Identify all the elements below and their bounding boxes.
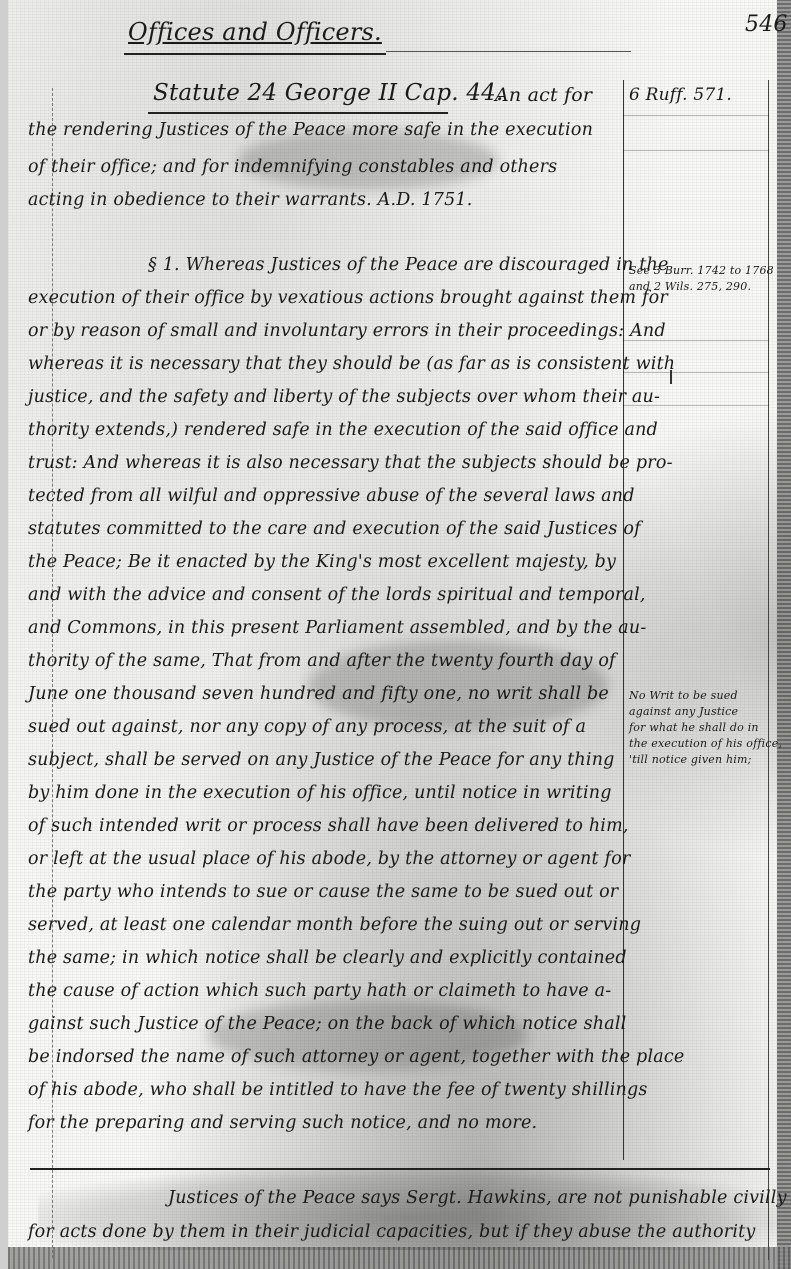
preamble-line: of their office; and for indemnifying co… (28, 157, 557, 177)
section-1-line: or left at the usual place of his abode,… (28, 849, 631, 869)
margin-note-line: for what he shall do in (629, 720, 759, 736)
statute-title: Statute 24 George II Cap. 44. (153, 80, 504, 106)
section-1-line: the cause of action which such party hat… (28, 981, 611, 1001)
section-1-line: subject, shall be served on any Justice … (28, 750, 615, 770)
margin-note-line: against any Justice (629, 704, 738, 720)
section-1-line: or by reason of small and involuntary er… (28, 321, 666, 341)
heading-underline (124, 53, 386, 55)
margin-citation: 6 Ruff. 571. (629, 88, 732, 104)
commentary-line: Justices of the Peace says Sergt. Hawkin… (168, 1188, 787, 1208)
section-1-line: served, at least one calendar month befo… (28, 915, 641, 935)
section-1-line: justice, and the safety and liberty of t… (28, 387, 660, 407)
section-1-line: sued out against, nor any copy of any pr… (28, 717, 586, 737)
section-1-line: and with the advice and consent of the l… (28, 585, 646, 605)
preamble-line: the rendering Justices of the Peace more… (28, 120, 593, 140)
page-number: 546 (745, 12, 788, 37)
margin-note-line: No Writ to be sued (629, 688, 738, 704)
margin-rule (623, 150, 769, 151)
section-1-line: the party who intends to sue or cause th… (28, 882, 618, 902)
section-1-line: § 1. Whereas Justices of the Peace are d… (148, 255, 669, 275)
section-1-line: June one thousand seven hundred and fift… (28, 684, 609, 704)
section-1-line: be indorsed the name of such attorney or… (28, 1047, 684, 1067)
section-1-line: the Peace; Be it enacted by the King's m… (28, 552, 616, 572)
margin-note-line: 'till notice given him; (629, 752, 752, 768)
scan-left-edge (0, 0, 8, 1269)
section-1-line: whereas it is necessary that they should… (28, 354, 675, 374)
commentary-line: for acts done by them in their judicial … (28, 1222, 755, 1242)
margin-rule (623, 115, 769, 116)
scan-right-edge (777, 0, 791, 1269)
preamble-line: acting in obedience to their warrants. A… (28, 190, 473, 210)
section-divider-rule (30, 1168, 770, 1170)
section-1-line: execution of their office by vexatious a… (28, 288, 668, 308)
section-1-line: the same; in which notice shall be clear… (28, 948, 627, 968)
section-1-line: by him done in the execution of his offi… (28, 783, 612, 803)
section-1-line: of his abode, who shall be intitled to h… (28, 1080, 648, 1100)
section-1-line: of such intended writ or process shall h… (28, 816, 629, 836)
margin-note-line: the execution of his office, (629, 736, 782, 752)
scan-bottom-edge (8, 1247, 791, 1269)
heading-rule-extension (386, 51, 631, 52)
section-1-line: and Commons, in this present Parliament … (28, 618, 647, 638)
section-1-line: thority of the same, That from and after… (28, 651, 616, 671)
section-1-line: tected from all wilful and oppressive ab… (28, 486, 635, 506)
section-1-line: gainst such Justice of the Peace; on the… (28, 1014, 626, 1034)
section-1-line: for the preparing and serving such notic… (28, 1113, 537, 1133)
section-1-line: thority extends,) rendered safe in the e… (28, 420, 658, 440)
preamble-line: An act for (495, 84, 592, 106)
page-heading: Offices and Officers. (128, 18, 382, 46)
manuscript-page: 546 Offices and Officers. Statute 24 Geo… (8, 0, 791, 1269)
margin-column-right-border (768, 80, 769, 1260)
section-1-line: statutes committed to the care and execu… (28, 519, 641, 539)
statute-title-underline (148, 112, 448, 114)
section-1-line: trust: And whereas it is also necessary … (28, 453, 673, 473)
